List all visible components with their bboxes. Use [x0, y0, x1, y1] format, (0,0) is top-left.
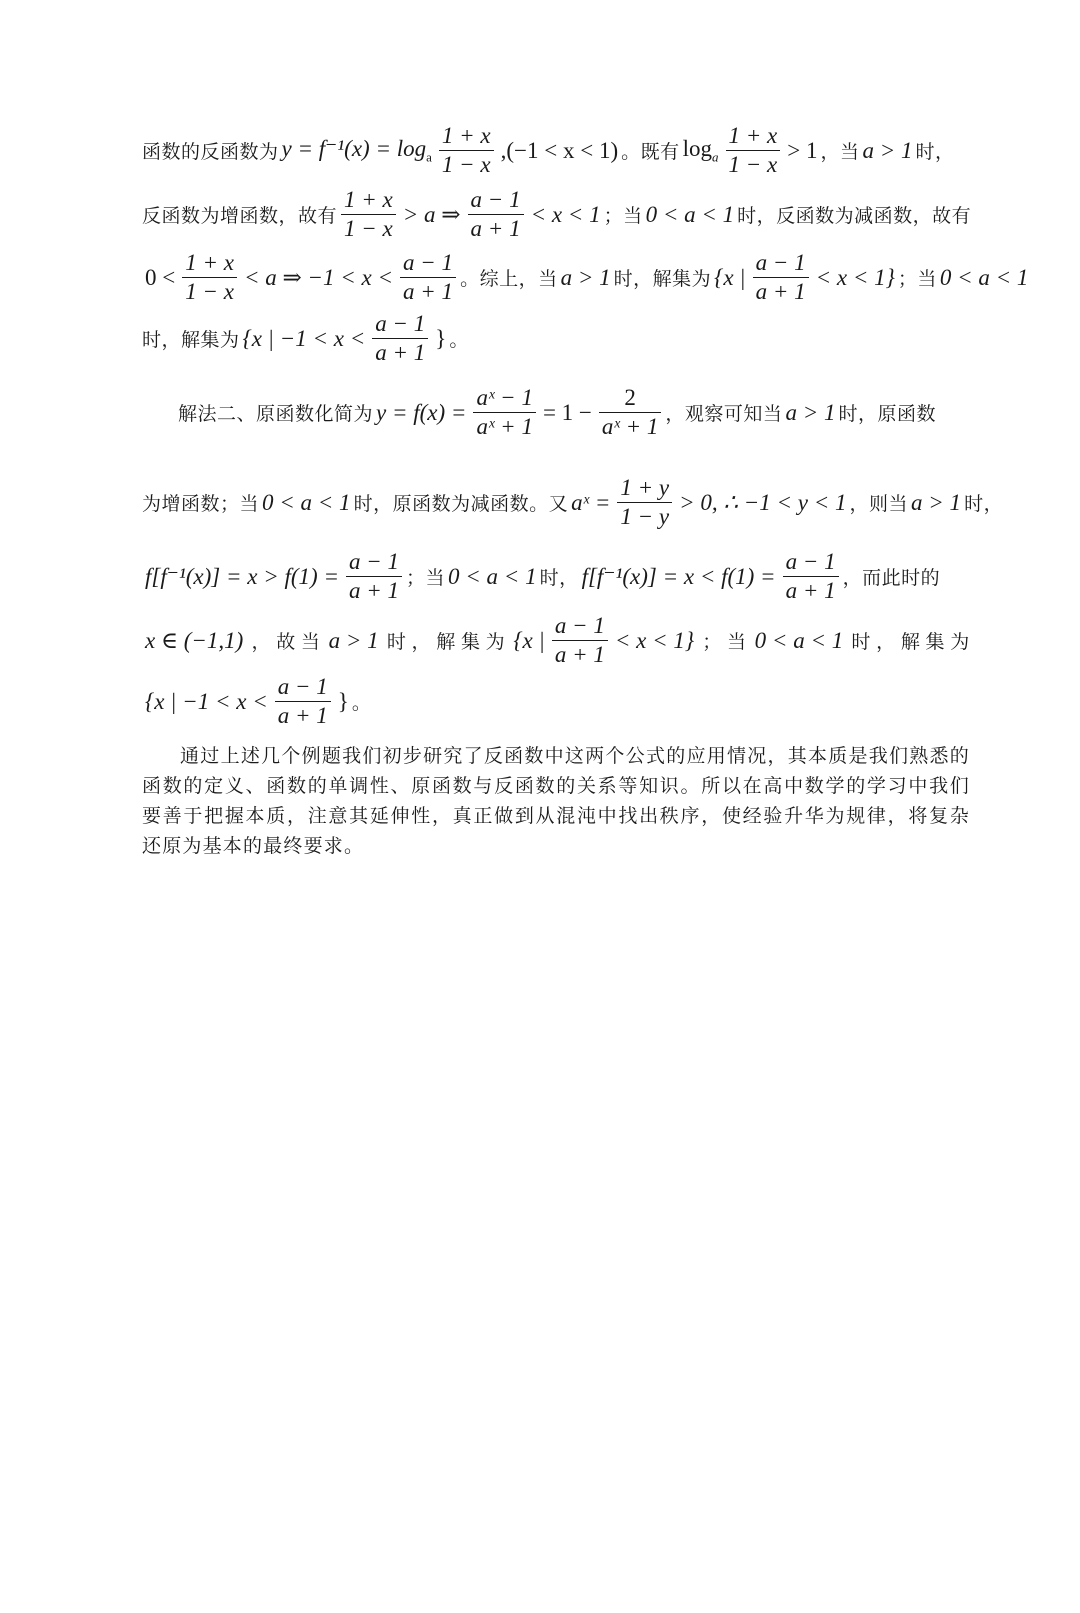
fraction: a − 1a + 1: [372, 311, 428, 367]
text: 故: [276, 627, 296, 654]
fraction: aˣ − 1aˣ + 1: [473, 385, 536, 441]
text: 时，解集为: [614, 264, 712, 291]
math: a > 1: [561, 265, 611, 291]
text: 集: [926, 627, 946, 654]
math-group: {x | a − 1a + 1 < x < 1}: [510, 613, 697, 669]
line-increasing-case: 反函数为增函数，故有 1 + x1 − x > a ⇒ a − 1a + 1 <…: [142, 187, 970, 243]
fraction: 2aˣ + 1: [599, 385, 662, 441]
math: a > 1: [863, 138, 913, 164]
text: 时，: [916, 137, 955, 164]
text: ，: [252, 627, 272, 654]
math: > a ⇒: [403, 202, 461, 228]
math: < x < 1: [531, 202, 601, 228]
math: {x | −1 < x <: [145, 689, 268, 715]
line-method-two: 解法二、原函数化简为 y = f(x) = aˣ − 1aˣ + 1 = 1 −…: [178, 385, 970, 441]
fraction: a − 1a + 1: [552, 613, 608, 669]
math: aˣ =: [571, 490, 610, 516]
math: > 1: [787, 138, 817, 164]
fraction: 1 + y1 − y: [617, 475, 672, 531]
text: 集: [461, 627, 481, 654]
fraction: 1 + x1 − x: [182, 250, 237, 306]
math: }: [338, 689, 349, 715]
text: ，: [412, 627, 432, 654]
fraction: a − 1a + 1: [468, 187, 524, 243]
math: {x | −1 < x <: [243, 326, 366, 352]
text: 时: [851, 627, 871, 654]
math: 0 < a < 1: [646, 202, 735, 228]
math: y = f(x) =: [376, 400, 466, 426]
text: 当: [727, 627, 747, 654]
line-composition: f[f⁻¹(x)] = x > f(1) = a − 1a + 1 ；当 0 <…: [142, 549, 970, 605]
text: ；当: [898, 264, 937, 291]
text: 为: [486, 627, 506, 654]
math: ,(−1 < x < 1): [501, 138, 618, 164]
text: ；当: [604, 201, 643, 228]
text: ；: [702, 627, 722, 654]
line-solution-set-2: x ∈ (−1,1) ， 故 当 a > 1 时 ， 解 集 为 {x | a …: [142, 613, 970, 669]
math: {x |: [714, 265, 745, 291]
text: 时，反函数为减函数，故有: [737, 201, 971, 228]
line-summary: 0 < 1 + x1 − x < a ⇒ −1 < x < a − 1a + 1…: [142, 250, 970, 306]
document-page: 函数的反函数为 y = f⁻¹(x) = loga 1 + x1 − x ,(−…: [0, 0, 1080, 1613]
math: {x |: [513, 628, 544, 654]
math: loga: [683, 136, 719, 166]
fraction: 1 + x1 − x: [439, 123, 494, 179]
line-solution-set-1: 时，解集为 {x | −1 < x < a − 1a + 1 } 。: [142, 311, 970, 367]
text: 。: [449, 325, 469, 352]
math: a > 1: [329, 628, 379, 654]
math: 0 < a < 1: [262, 490, 351, 516]
math: f[f⁻¹(x)] = x > f(1) =: [145, 564, 339, 590]
fraction: a − 1a + 1: [753, 250, 809, 306]
text: ，: [876, 627, 896, 654]
math: }: [435, 326, 446, 352]
math: 0 < a < 1: [940, 265, 1029, 291]
fraction: a − 1a + 1: [275, 674, 331, 730]
text: ；当: [406, 563, 445, 590]
text: 函数的反函数为: [142, 137, 279, 164]
text: 时: [387, 627, 407, 654]
math: = 1 −: [543, 400, 592, 426]
text: 解法二、原函数化简为: [178, 399, 373, 426]
line-monotonicity: 为增函数；当 0 < a < 1 时，原函数为减函数。又 aˣ = 1 + y1…: [142, 475, 970, 531]
text: 时，原函数: [838, 399, 936, 426]
math: x ∈ (−1,1): [145, 628, 243, 654]
line-inverse-function: 函数的反函数为 y = f⁻¹(x) = loga 1 + x1 − x ,(−…: [142, 123, 970, 179]
fraction: 1 + x1 − x: [341, 187, 396, 243]
text: 时，原函数为减函数。又: [354, 489, 569, 516]
math: < a ⇒ −1 < x <: [244, 265, 393, 291]
conclusion-paragraph: 通过上述几个例题我们初步研究了反函数中这两个公式的应用情况，其本质是我们熟悉的函…: [142, 741, 970, 861]
text: 时，: [540, 563, 579, 590]
math: > 0, ∴ −1 < y < 1: [679, 490, 846, 516]
conclusion-text: 通过上述几个例题我们初步研究了反函数中这两个公式的应用情况，其本质是我们熟悉的函…: [142, 745, 970, 857]
text: 。综上，当: [460, 264, 558, 291]
text: 。既有: [621, 137, 680, 164]
text: 解: [436, 627, 456, 654]
math: < x < 1}: [615, 628, 694, 654]
math: 0 < a < 1: [755, 628, 844, 654]
text: 当: [301, 627, 321, 654]
text: ，而此时的: [843, 563, 941, 590]
text: 解: [901, 627, 921, 654]
text: ，观察可知当: [665, 399, 782, 426]
math: a > 1: [785, 400, 835, 426]
text: 为增函数；当: [142, 489, 259, 516]
text: ，则当: [850, 489, 909, 516]
math: f[f⁻¹(x)] = x < f(1) =: [582, 564, 776, 590]
text: 反函数为增函数，故有: [142, 201, 337, 228]
text: ，当: [820, 137, 859, 164]
fraction: a − 1a + 1: [783, 549, 839, 605]
math: y = f⁻¹(x) = loga: [282, 136, 432, 166]
fraction: 1 + x1 − x: [726, 123, 781, 179]
text: 为: [950, 627, 970, 654]
line-solution-set-3: {x | −1 < x < a − 1a + 1 } 。: [142, 674, 970, 730]
math: a > 1: [911, 490, 961, 516]
text: 时，: [964, 489, 1003, 516]
math: 0 <: [145, 265, 175, 291]
fraction: a − 1a + 1: [346, 549, 402, 605]
fraction: a − 1a + 1: [400, 250, 456, 306]
text: 。: [352, 688, 372, 715]
math: 0 < a < 1: [448, 564, 537, 590]
math: < x < 1}: [816, 265, 895, 291]
text: 时，解集为: [142, 325, 240, 352]
